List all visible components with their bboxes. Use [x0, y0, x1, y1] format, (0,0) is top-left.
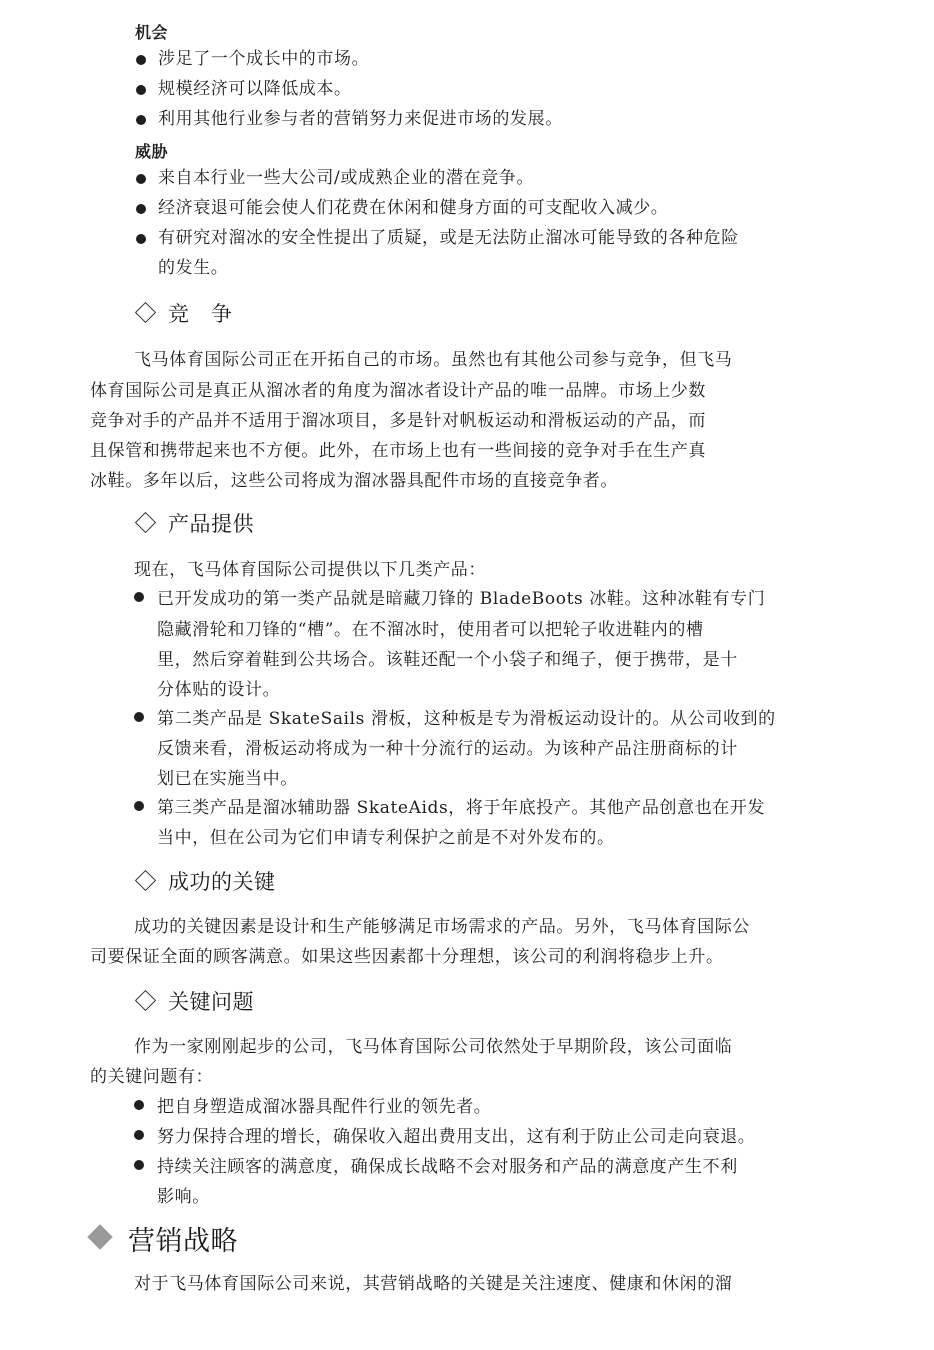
product-item-line: 里，然后穿着鞋到公共场合。该鞋还配一个小袋子和绳子，便于携带，是十: [157, 645, 738, 676]
product-item-line: 分体贴的设计。: [157, 675, 280, 706]
diamond-outline-icon: [135, 990, 156, 1011]
product-item-line: 已开发成功的第一类产品就是暗藏刀锋的 BladeBoots 冰鞋。这种冰鞋有专门: [157, 584, 765, 615]
success-keys-paragraph-line: 司要保证全面的顾客满意。如果这些因素都十分理想，该公司的利润将稳步上升。: [90, 942, 724, 973]
threat-item: 有研究对溜冰的安全性提出了质疑，或是无法防止溜冰可能导致的各种危险: [158, 223, 739, 254]
products-heading: 产品提供: [168, 508, 254, 538]
bullet-icon: [134, 801, 144, 811]
bullet-icon: [134, 1160, 144, 1170]
opportunity-item: 利用其他行业参与者的营销努力来促进市场的发展。: [158, 104, 563, 135]
product-item-line: 第三类产品是溜冰辅助器 SkateAids，将于年底投产。其他产品创意也在开发: [157, 793, 765, 824]
competition-paragraph-line: 且保管和携带起来也不方便。此外，在市场上也有一些间接的竞争对手在生产真: [90, 436, 706, 467]
competition-paragraph-line: 飞马体育国际公司正在开拓自己的市场。虽然也有其他公司参与竞争，但飞马: [134, 345, 732, 376]
competition-paragraph-line: 体育国际公司是真正从溜冰者的角度为溜冰者设计产品的唯一品牌。市场上少数: [90, 376, 706, 407]
bullet-icon: [136, 115, 146, 125]
key-issue-item-continued: 影响。: [157, 1182, 210, 1213]
competition-paragraph-line: 冰鞋。多年以后，这些公司将成为溜冰器具配件市场的直接竞争者。: [90, 466, 618, 497]
bullet-icon: [134, 712, 144, 722]
bullet-icon: [134, 592, 144, 602]
opportunities-label: 机会: [135, 20, 168, 43]
threats-label: 威胁: [135, 139, 168, 162]
product-item-line: 划已在实施当中。: [157, 764, 298, 795]
threat-item: 来自本行业一些大公司/或成熟企业的潜在竞争。: [158, 163, 534, 194]
bullet-icon: [136, 204, 146, 214]
product-item-line: 反馈来看，滑板运动将成为一种十分流行的运动。为该种产品注册商标的计: [157, 734, 738, 765]
product-item-line: 隐藏滑轮和刀锋的“槽”。在不溜冰时，使用者可以把轮子收进鞋内的槽: [157, 615, 704, 646]
threat-item: 经济衰退可能会使人们花费在休闲和健身方面的可支配收入减少。: [158, 193, 668, 224]
opportunity-item: 涉足了一个成长中的市场。: [158, 44, 369, 75]
threat-item-continued: 的发生。: [158, 253, 228, 284]
opportunity-item: 规模经济可以降低成本。: [158, 74, 352, 105]
bullet-icon: [134, 1130, 144, 1140]
product-item-line: 第二类产品是 SkateSails 滑板，这种板是专为滑板运动设计的。从公司收到…: [157, 704, 776, 735]
bullet-icon: [136, 85, 146, 95]
competition-paragraph-line: 竞争对手的产品并不适用于溜冰项目，多是针对帆板运动和滑板运动的产品，而: [90, 406, 706, 437]
key-issues-heading: 关键问题: [168, 986, 254, 1016]
competition-heading: 竞 争: [168, 298, 233, 328]
success-keys-paragraph-line: 成功的关键因素是设计和生产能够满足市场需求的产品。另外，飞马体育国际公: [134, 912, 750, 943]
success-keys-heading: 成功的关键: [168, 866, 276, 896]
diamond-outline-icon: [135, 302, 156, 323]
key-issue-item: 持续关注顾客的满意度，确保成长战略不会对服务和产品的满意度产生不利: [157, 1152, 738, 1183]
marketing-strategy-heading: 营销战略: [128, 1219, 238, 1258]
bullet-icon: [136, 174, 146, 184]
marketing-strategy-paragraph-line: 对于飞马体育国际公司来说，其营销战略的关键是关注速度、健康和休闲的溜: [134, 1269, 732, 1300]
bullet-icon: [134, 1100, 144, 1110]
key-issue-item: 努力保持合理的增长，确保收入超出费用支出，这有利于防止公司走向衰退。: [157, 1122, 755, 1153]
diamond-outline-icon: [135, 870, 156, 891]
key-issues-paragraph-line: 作为一家刚刚起步的公司，飞马体育国际公司依然处于早期阶段，该公司面临: [134, 1032, 732, 1063]
bullet-icon: [136, 234, 146, 244]
diamond-filled-icon: [87, 1224, 112, 1249]
document-page: 机会 涉足了一个成长中的市场。 规模经济可以降低成本。 利用其他行业参与者的营销…: [0, 0, 934, 1350]
product-item-line: 当中，但在公司为它们申请专利保护之前是不对外发布的。: [157, 823, 615, 854]
key-issues-paragraph-line: 的关键问题有：: [90, 1062, 213, 1093]
products-intro: 现在，飞马体育国际公司提供以下几类产品：: [134, 555, 486, 586]
key-issue-item: 把自身塑造成溜冰器具配件行业的领先者。: [157, 1092, 491, 1123]
bullet-icon: [136, 55, 146, 65]
diamond-outline-icon: [135, 512, 156, 533]
